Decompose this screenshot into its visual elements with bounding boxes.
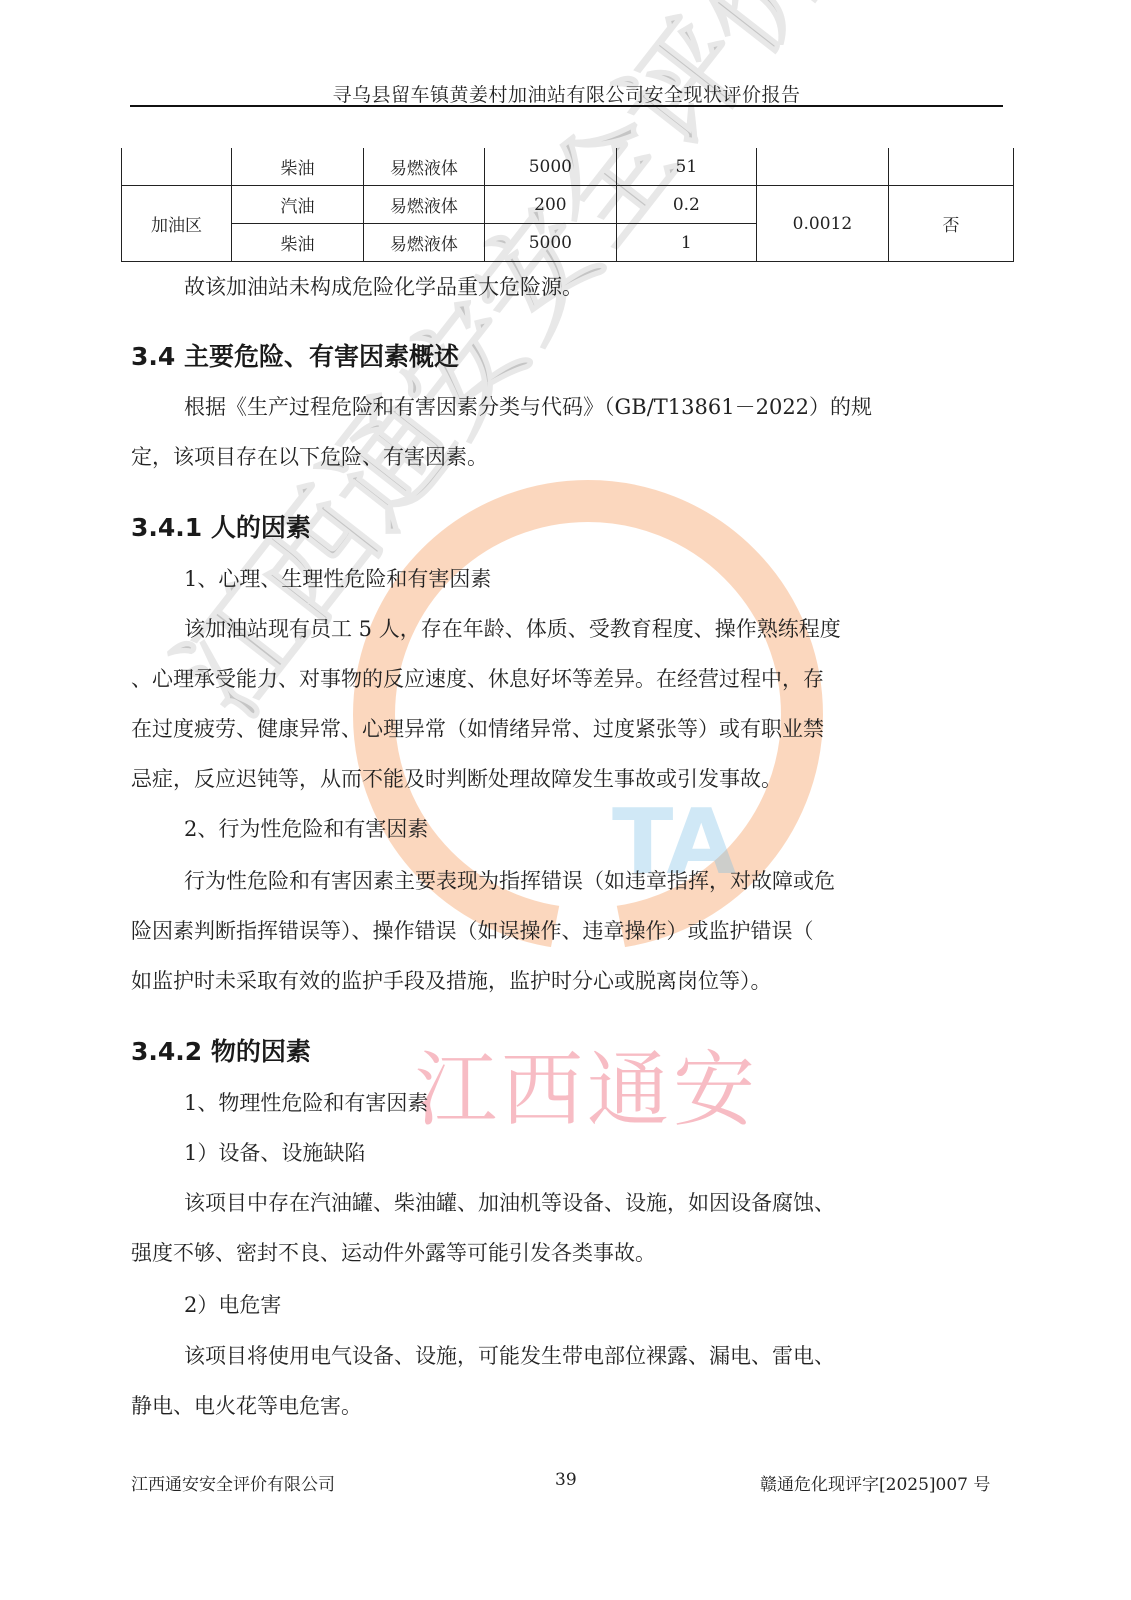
table-cell-area: 加油区 [122,186,232,262]
page-header-title: 寻乌县留车镇黄姜村加油站有限公司安全现状评价报告 [130,80,1003,107]
section-heading-3-4-1: 3.4.1 人的因素 [131,508,311,544]
header-divider [130,105,1003,107]
section-heading-3-4-2: 3.4.2 物的因素 [131,1032,311,1068]
paragraph-line: 静电、电火花等电危害。 [131,1390,362,1420]
paragraph-line: 险因素判断指挥错误等）、操作错误（如误操作、违章操作）或监护错误（ [131,915,814,945]
table-cell-critical: 5000 [484,148,616,186]
paragraph-line: 定，该项目存在以下危险、有害因素。 [131,441,488,471]
table-cell-substance: 柴油 [232,148,364,186]
paragraph-line: 该项目将使用电气设备、设施，可能发生带电部位裸露、漏电、雷电、 [184,1340,835,1370]
paragraph-line: 该加油站现有员工 5 人，存在年龄、体质、受教育程度、操作熟练程度 [184,613,841,643]
section-heading-3-4: 3.4 主要危险、有害因素概述 [131,337,459,373]
table-cell-sum [756,148,888,186]
paragraph-line: 忌症，反应迟钝等，从而不能及时判断处理故障发生事故或引发事故。 [131,763,782,793]
paragraph-line: 如监护时未采取有效的监护手段及措施，监护时分心或脱离岗位等）。 [131,965,772,995]
sub-item-title: 1）设备、设施缺陷 [184,1137,365,1167]
item-title: 1、心理、生理性危险和有害因素 [184,563,491,593]
table-cell-sum: 0.0012 [756,186,888,262]
table-row: 柴油 易燃液体 5000 51 [122,148,1014,186]
table-cell-area [122,148,232,186]
page-number: 39 [555,1470,577,1490]
table-cell-critical: 200 [484,186,616,224]
table-cell-actual: 1 [616,224,756,262]
paragraph-line: 根据《生产过程危险和有害因素分类与代码》（GB/T13861－2022）的规 [184,391,872,421]
paragraph-line: 行为性危险和有害因素主要表现为指挥错误（如违章指挥，对故障或危 [184,865,835,895]
hazard-source-table: 柴油 易燃液体 5000 51 加油区 汽油 易燃液体 200 0.2 0.00… [121,148,1014,262]
table-cell-category: 易燃液体 [363,186,484,224]
sub-item-title: 2）电危害 [184,1289,281,1319]
table-cell-category: 易燃液体 [363,148,484,186]
item-title: 2、行为性危险和有害因素 [184,813,428,843]
table-cell-actual: 51 [616,148,756,186]
table-cell-substance: 柴油 [232,224,364,262]
paragraph-line: 该项目中存在汽油罐、柴油罐、加油机等设备、设施，如因设备腐蚀、 [184,1187,835,1217]
footer-company: 江西通安安全评价有限公司 [131,1470,335,1495]
paragraph-line: 在过度疲劳、健康异常、心理异常（如情绪异常、过度紧张等）或有职业禁 [131,713,824,743]
table-cell-category: 易燃液体 [363,224,484,262]
footer-doc-number: 赣通危化现评字[2025]007 号 [760,1470,990,1495]
paragraph-line: 、心理承受能力、对事物的反应速度、休息好坏等差异。在经营过程中，存 [131,663,824,693]
table-cell-major [889,148,1014,186]
paragraph-line: 强度不够、密封不良、运动件外露等可能引发各类事故。 [131,1237,656,1267]
table-row: 加油区 汽油 易燃液体 200 0.2 0.0012 否 [122,186,1014,224]
table-cell-actual: 0.2 [616,186,756,224]
item-title: 1、物理性危险和有害因素 [184,1087,428,1117]
conclusion-text: 故该加油站未构成危险化学品重大危险源。 [184,271,583,301]
table-cell-critical: 5000 [484,224,616,262]
table-cell-substance: 汽油 [232,186,364,224]
table-cell-major: 否 [889,186,1014,262]
watermark-red-text: 江西通安 [415,1025,759,1142]
